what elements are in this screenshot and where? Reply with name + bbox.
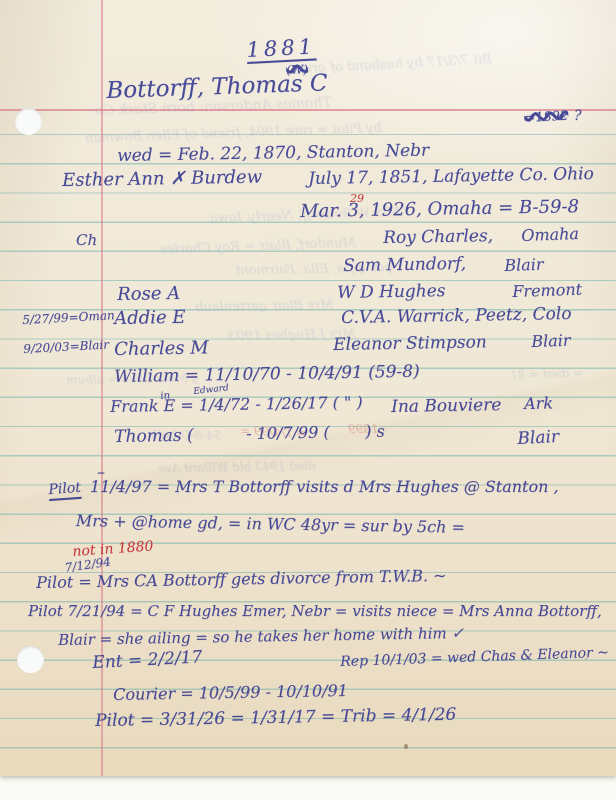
punch-hole-bottom: [17, 646, 44, 673]
bleed-14: died 1943 bld Willard Ave: [158, 460, 316, 475]
child-roy: Roy Charles,: [383, 228, 493, 247]
spouse-name: Esther Ann ✗ Burdew: [62, 169, 262, 190]
stain-speck: [404, 744, 408, 749]
pilot-1894-note: Pilot 7/21/94 = C F Hughes Emer, Nebr = …: [28, 604, 602, 619]
spouse-warrick: C.V.A. Warrick, Peetz, Colo: [341, 306, 572, 327]
courier-dates: Courier = 10/5/99 - 10/10/91: [113, 683, 348, 703]
spouse-death: Mar. 3, 1926, Omaha = B-59-8: [300, 198, 579, 221]
child-rose: Rose A: [117, 285, 180, 304]
child-frank: Frank E = 1/4/72 - 1/26/17 ( " ): [110, 395, 363, 415]
residence-fremont: Fremont: [512, 282, 582, 300]
spouse-hughes: W D Hughes: [337, 283, 446, 302]
thomas-dates: - 10/7/99 ( ) s: [246, 424, 385, 442]
children-label: Ch: [76, 233, 97, 248]
residence-blair-1: Blair: [504, 257, 544, 274]
residence-ark: Ark: [524, 395, 553, 412]
residence-blair-3: Blair: [517, 429, 559, 448]
scribbled-note: =1892: [524, 110, 569, 125]
child-thomas: Thomas (: [114, 428, 194, 446]
paper-sheet: Bit 7/3/17 by husband of grimThomas Ande…: [0, 0, 616, 776]
bleed-7: Mrs Blair gartenlaub: [195, 299, 334, 314]
child-charles: Charles M: [114, 339, 209, 359]
spouse-birth: July 17, 1851, Lafayette Co. Ohio: [308, 166, 594, 188]
frank-spouse: Ina Bouviere: [391, 397, 501, 416]
residence-omaha: Omaha: [521, 226, 579, 244]
punch-hole-top: [15, 108, 42, 135]
spouse-stimpson: Eleanor Stimpson: [333, 334, 487, 354]
year-heading: 1881: [246, 36, 316, 61]
residence-blair-2: Blair: [531, 333, 571, 350]
source-pilot-label: Pilot: [48, 481, 81, 497]
pilot-1897-note: 11/4/97 = Mrs T Bottorff visits d Mrs Hu…: [90, 479, 559, 495]
bleed-10: = died = 81: [510, 367, 583, 382]
question-mark: ?: [574, 109, 582, 123]
child-addie: Addie E: [114, 309, 186, 328]
child-sam: Sam Mundorf,: [343, 256, 466, 275]
scanned-notebook-page: Bit 7/3/17 by husband of grimThomas Ande…: [0, 0, 616, 800]
